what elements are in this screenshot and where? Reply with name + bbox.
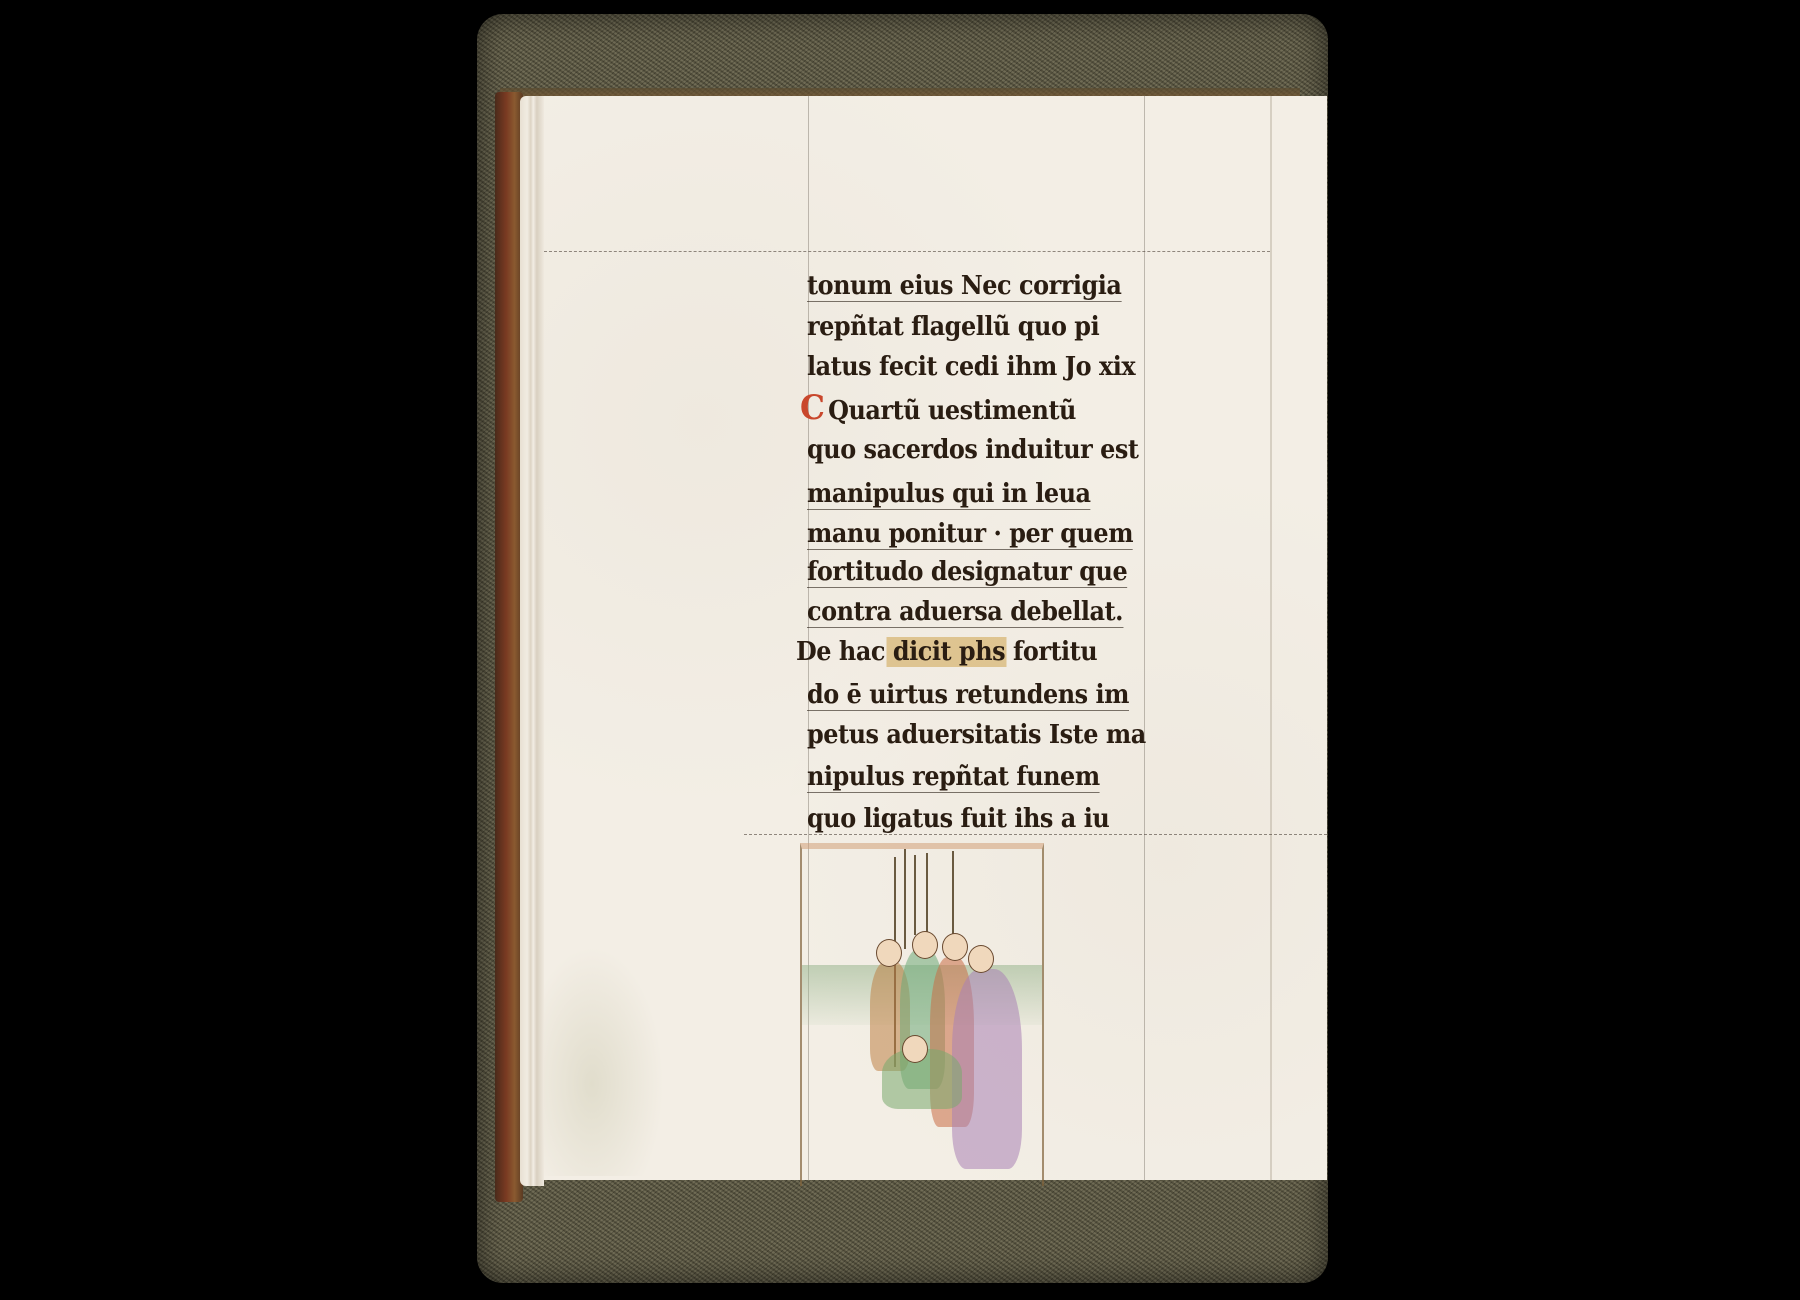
text-line-10: De hac dicit phs fortitu: [796, 634, 1109, 670]
illustration-arrest-of-christ: [800, 843, 1044, 1186]
head: [876, 939, 902, 967]
rubricated-initial: C: [800, 390, 824, 426]
text-line-8: fortitudo designatur que: [807, 554, 1120, 590]
text-line-4: CQuartũ uestimentũ: [800, 390, 1113, 426]
line-text: quo ligatus fuit ihs a iu: [807, 804, 1109, 834]
text-line-2: repñtat flagellũ quo pi: [807, 309, 1120, 345]
text-line-13: nipulus repñtat funem: [807, 759, 1120, 795]
line-text: repñtat flagellũ quo pi: [807, 312, 1099, 342]
page-stack-edge: [520, 96, 544, 1186]
text-line-9: contra aduersa debellat.: [807, 594, 1120, 630]
spear: [904, 849, 906, 949]
line-text: latus fecit cedi ihm Jo xix: [807, 352, 1135, 382]
text-line-5: quo sacerdos induitur est: [807, 432, 1120, 468]
line-text: contra aduersa debellat.: [807, 597, 1123, 628]
line-text: do ē uirtus retundens im: [807, 680, 1129, 711]
head: [942, 933, 968, 961]
head: [912, 931, 938, 959]
spear: [914, 855, 916, 935]
page-fold: [1270, 96, 1272, 1180]
spear: [926, 853, 928, 943]
text-line-14: quo ligatus fuit ihs a iu: [807, 801, 1120, 837]
ruling-right: [1144, 96, 1145, 1180]
text-line-6: manipulus qui in leua: [807, 476, 1120, 512]
water-stain: [544, 946, 664, 1176]
line-text: nipulus repñtat funem: [807, 762, 1100, 793]
ruling-top: [544, 251, 1270, 253]
leather-spine-edge: [495, 92, 523, 1202]
line-text: quo sacerdos induitur est: [807, 435, 1139, 465]
line-text: tonum eius Nec corrigia: [807, 271, 1121, 302]
text-line-12: petus aduersitatis Iste ma: [807, 717, 1120, 753]
text-line-7: manu ponitur · per quem: [807, 516, 1120, 552]
line-text: fortitudo designatur que: [807, 557, 1127, 588]
line-text: Quartũ uestimentũ: [828, 396, 1076, 426]
line-text: petus aduersitatis Iste ma: [807, 720, 1146, 750]
line-text: manu ponitur · per quem: [807, 519, 1133, 550]
manuscript-page: tonum eius Nec corrigia repñtat flagellũ…: [544, 96, 1327, 1180]
head: [968, 945, 994, 973]
head: [902, 1035, 928, 1063]
line-text: manipulus qui in leua: [807, 479, 1091, 510]
line-text: De hac dicit phs fortitu: [796, 637, 1097, 667]
text-line-3: latus fecit cedi ihm Jo xix: [807, 349, 1120, 385]
figure-purple-robe: [952, 969, 1022, 1169]
text-line-11: do ē uirtus retundens im: [807, 677, 1120, 713]
text-line-1: tonum eius Nec corrigia: [807, 268, 1120, 304]
